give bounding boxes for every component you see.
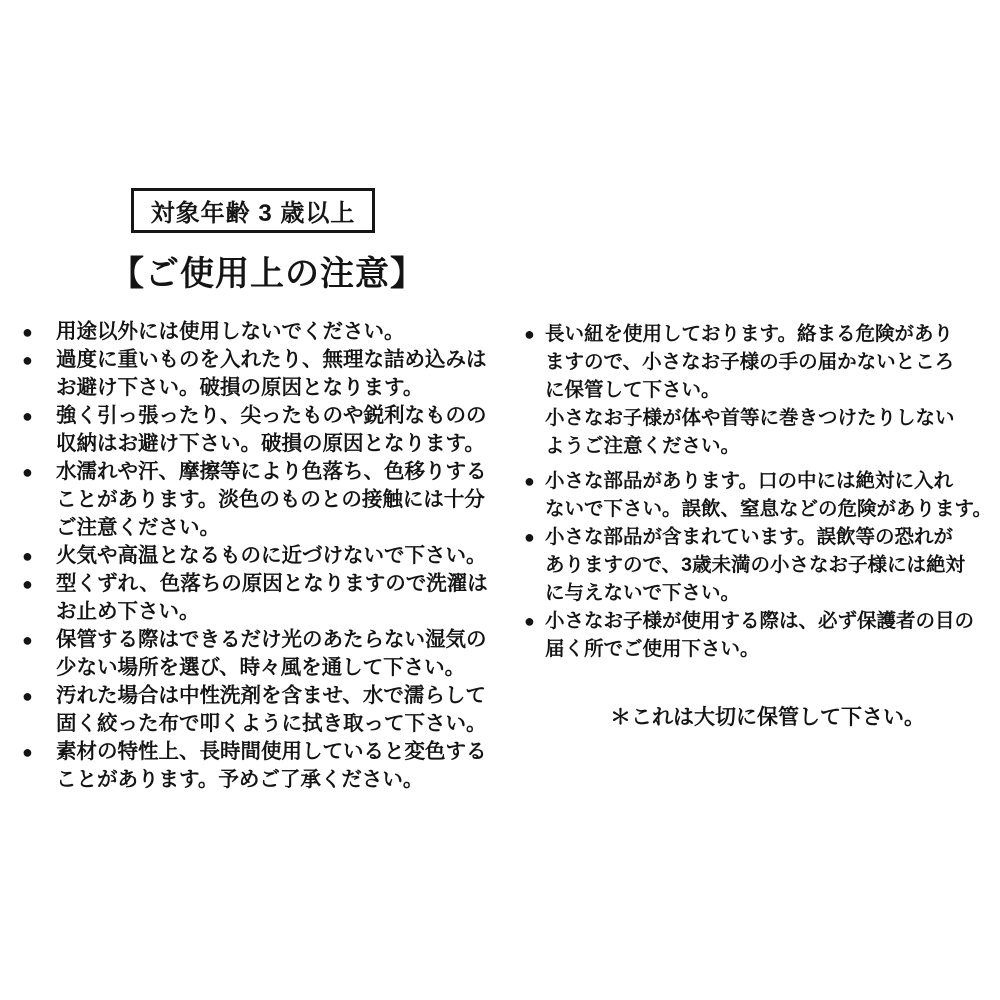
precaution-item: ● 強く引っ張ったり、尖ったものや鋭利なものの 収納はお避け下さい。破損の原因と… — [22, 402, 500, 458]
bullet-icon: ● — [22, 402, 56, 430]
warning-text: 長い紐を使用しております。絡まる危険があり ますので、小さなお子様の手の届かない… — [545, 320, 955, 460]
precaution-text: 素材の特性上、長時間使用していると変色する ことがあります。予めご了承ください。 — [56, 738, 487, 794]
warning-item: ● 小さな部品があります。口の中には絶対に入れ ないで下さい。誤飲、窒息などの危… — [524, 467, 1000, 523]
precaution-text: 保管する際はできるだけ光のあたらない湿気の 少ない場所を選び、時々風を通して下さ… — [56, 626, 487, 682]
age-recommendation-box: 対象年齢 3 歳以上 — [131, 188, 375, 233]
precaution-text: 水濡れや汗、摩擦等により色落ち、色移りする ことがあります。淡色のものとの接触に… — [56, 458, 487, 542]
precaution-text: 強く引っ張ったり、尖ったものや鋭利なものの 収納はお避け下さい。破損の原因となり… — [56, 402, 487, 458]
bullet-icon: ● — [22, 570, 56, 598]
precaution-text: 用途以外には使用しないでください。 — [56, 318, 405, 346]
precaution-item: ● 素材の特性上、長時間使用していると変色する ことがあります。予めご了承くださ… — [22, 738, 500, 794]
precaution-item: ● 汚れた場合は中性洗剤を含ませ、水で濡らして 固く絞った布で叩くように拭き取っ… — [22, 682, 500, 738]
warning-item: ● 長い紐を使用しております。絡まる危険があり ますので、小さなお子様の手の届か… — [524, 320, 1000, 460]
bullet-icon: ● — [22, 458, 56, 486]
right-column: ● 長い紐を使用しております。絡まる危険があり ますので、小さなお子様の手の届か… — [524, 320, 1000, 663]
bullet-icon: ● — [524, 320, 545, 348]
warning-text: 小さな部品があります。口の中には絶対に入れ ないで下さい。誤飲、窒息などの危険が… — [545, 467, 992, 523]
precaution-item: ● 水濡れや汗、摩擦等により色落ち、色移りする ことがあります。淡色のものとの接… — [22, 458, 500, 542]
precaution-item: ● 保管する際はできるだけ光のあたらない湿気の 少ない場所を選び、時々風を通して… — [22, 626, 500, 682]
bullet-icon: ● — [22, 346, 56, 374]
warning-text: 小さな部品が含まれています。誤飲等の恐れが ありますので、3歳未満の小さなお子様… — [545, 523, 965, 607]
precaution-text: 汚れた場合は中性洗剤を含ませ、水で濡らして 固く絞った布で叩くように拭き取って下… — [56, 682, 487, 738]
bullet-icon: ● — [22, 738, 56, 766]
left-column: ● 用途以外には使用しないでください。 ● 過度に重いものを入れたり、無理な詰め… — [22, 318, 500, 794]
keep-note: ＊これは大切に保管して下さい。 — [610, 701, 925, 731]
precaution-item: ● 過度に重いものを入れたり、無理な詰め込みは お避け下さい。破損の原因となりま… — [22, 346, 500, 402]
warning-item: ● 小さなお子様が使用する際は、必ず保護者の目の 届く所でご使用下さい。 — [524, 607, 1000, 663]
age-recommendation-text: 対象年齢 3 歳以上 — [151, 193, 356, 228]
precaution-item: ● 型くずれ、色落ちの原因となりますので洗濯は お止め下さい。 — [22, 570, 500, 626]
precaution-text: 型くずれ、色落ちの原因となりますので洗濯は お止め下さい。 — [56, 570, 488, 626]
warning-text: 小さなお子様が使用する際は、必ず保護者の目の 届く所でご使用下さい。 — [545, 607, 974, 663]
bullet-icon: ● — [22, 542, 56, 570]
care-instructions-label: 対象年齢 3 歳以上 【ご使用上の注意】 ● 用途以外には使用しないでください。… — [0, 0, 1000, 1000]
page-title: 【ご使用上の注意】 — [110, 246, 425, 295]
bullet-icon: ● — [22, 682, 56, 710]
bullet-icon: ● — [524, 523, 545, 551]
bullet-icon: ● — [22, 626, 56, 654]
bullet-icon: ● — [524, 467, 545, 495]
bullet-icon: ● — [524, 607, 545, 635]
precaution-text: 過度に重いものを入れたり、無理な詰め込みは お避け下さい。破損の原因となります。 — [56, 346, 487, 402]
precaution-item: ● 用途以外には使用しないでください。 — [22, 318, 500, 346]
bullet-icon: ● — [22, 318, 56, 346]
warning-item: ● 小さな部品が含まれています。誤飲等の恐れが ありますので、3歳未満の小さなお… — [524, 523, 1000, 607]
precaution-item: ● 火気や高温となるものに近づけないで下さい。 — [22, 542, 500, 570]
precaution-text: 火気や高温となるものに近づけないで下さい。 — [56, 542, 487, 570]
